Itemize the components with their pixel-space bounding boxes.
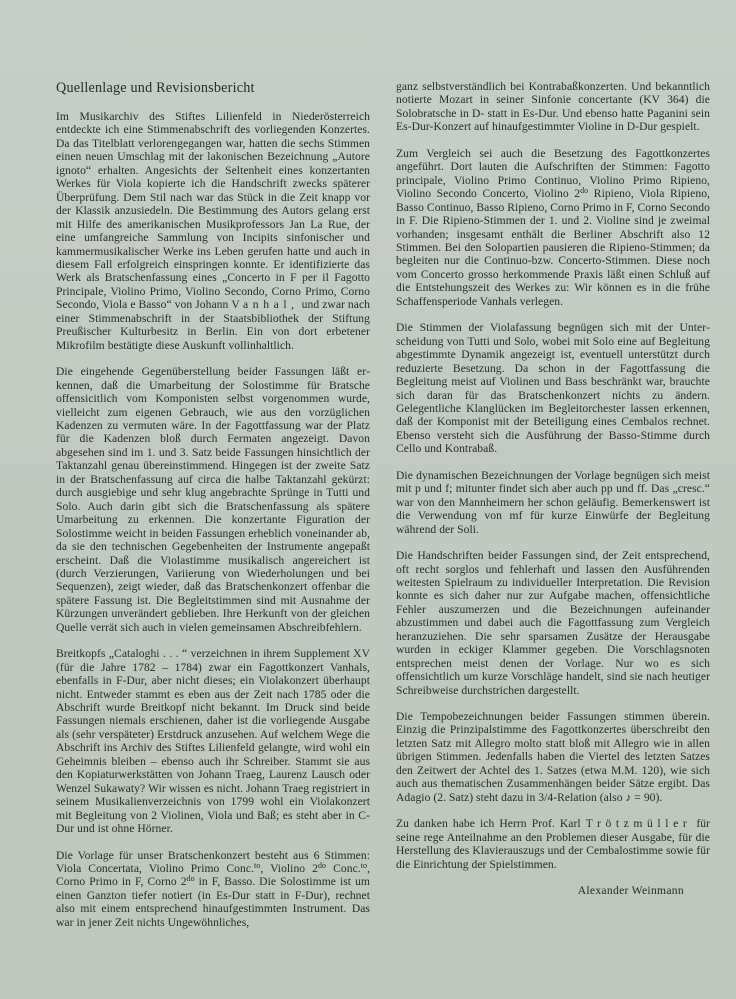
text-run: ganz selbstverständlich bei Kontrabaßkon…: [396, 80, 710, 133]
text-run: , Violino 2: [260, 862, 318, 875]
page-title: Quellenlage und Revisionsbericht: [56, 80, 370, 96]
document-page: Quellenlage und Revisionsbericht Im Musi…: [0, 0, 736, 999]
right-paragraphs: ganz selbstverständlich bei Kontrabaßkon…: [396, 80, 710, 871]
text-run: Die Handschriften beider Fassungen sind,…: [396, 549, 710, 697]
paragraph: Im Musikarchiv des Stiftes Lilienfeld in…: [56, 110, 370, 352]
paragraph: ganz selbstverständlich bei Kontrabaßkon…: [396, 80, 710, 134]
text-run: Ripieno, Viola Ripieno, Basso Continuo, …: [396, 187, 710, 308]
paragraph: Die Tempobezeichnungen beider Fassungen …: [396, 710, 710, 804]
paragraph: Die Handschriften beider Fassungen sind,…: [396, 549, 710, 697]
paragraph: Zu danken habe ich Herrn Prof. Karl Tröt…: [396, 817, 710, 871]
right-column: ganz selbstverständlich bei Kontrabaßkon…: [396, 80, 710, 897]
left-column: Quellenlage und Revisionsbericht Im Musi…: [56, 80, 370, 942]
paragraph: Die Stimmen der Violafassung begnügen si…: [396, 321, 710, 456]
text-run: Die Tempobezeichnungen beider Fassungen …: [396, 710, 710, 804]
text-run: Conc.: [326, 862, 361, 875]
paragraph: Die dynamischen Bezeichnungen der Vorlag…: [396, 469, 710, 536]
paragraph: Die Vorlage für unser Bratschenkonzert b…: [56, 849, 370, 930]
superscript: do: [318, 861, 326, 870]
spaced-name: Vanhal,: [231, 298, 298, 311]
text-run: Die Stimmen der Violafassung begnügen si…: [396, 321, 710, 455]
text-run: Zu danken habe ich Herrn Prof. Karl: [396, 817, 586, 830]
text-run: Im Musikarchiv des Stiftes Lilienfeld in…: [56, 110, 370, 311]
author-signature: Alexander Weinmann: [396, 884, 710, 897]
paragraph: Breitkopfs „Cataloghi . . . “ verzeichne…: [56, 647, 370, 835]
text-run: Die dynamischen Bezeichnungen der Vorlag…: [396, 469, 710, 536]
superscript: do: [187, 874, 195, 883]
text-run: Die eingehende Gegenüberstellung beider …: [56, 365, 370, 634]
left-paragraphs: Im Musikarchiv des Stiftes Lilienfeld in…: [56, 110, 370, 929]
paragraph: Zum Vergleich sei auch die Besetzung des…: [396, 147, 710, 308]
text-run: Breitkopfs „Cataloghi . . . “ verzeichne…: [56, 647, 370, 835]
spaced-name: Trötzmüller: [586, 817, 692, 830]
paragraph: Die eingehende Gegenüberstellung beider …: [56, 365, 370, 634]
